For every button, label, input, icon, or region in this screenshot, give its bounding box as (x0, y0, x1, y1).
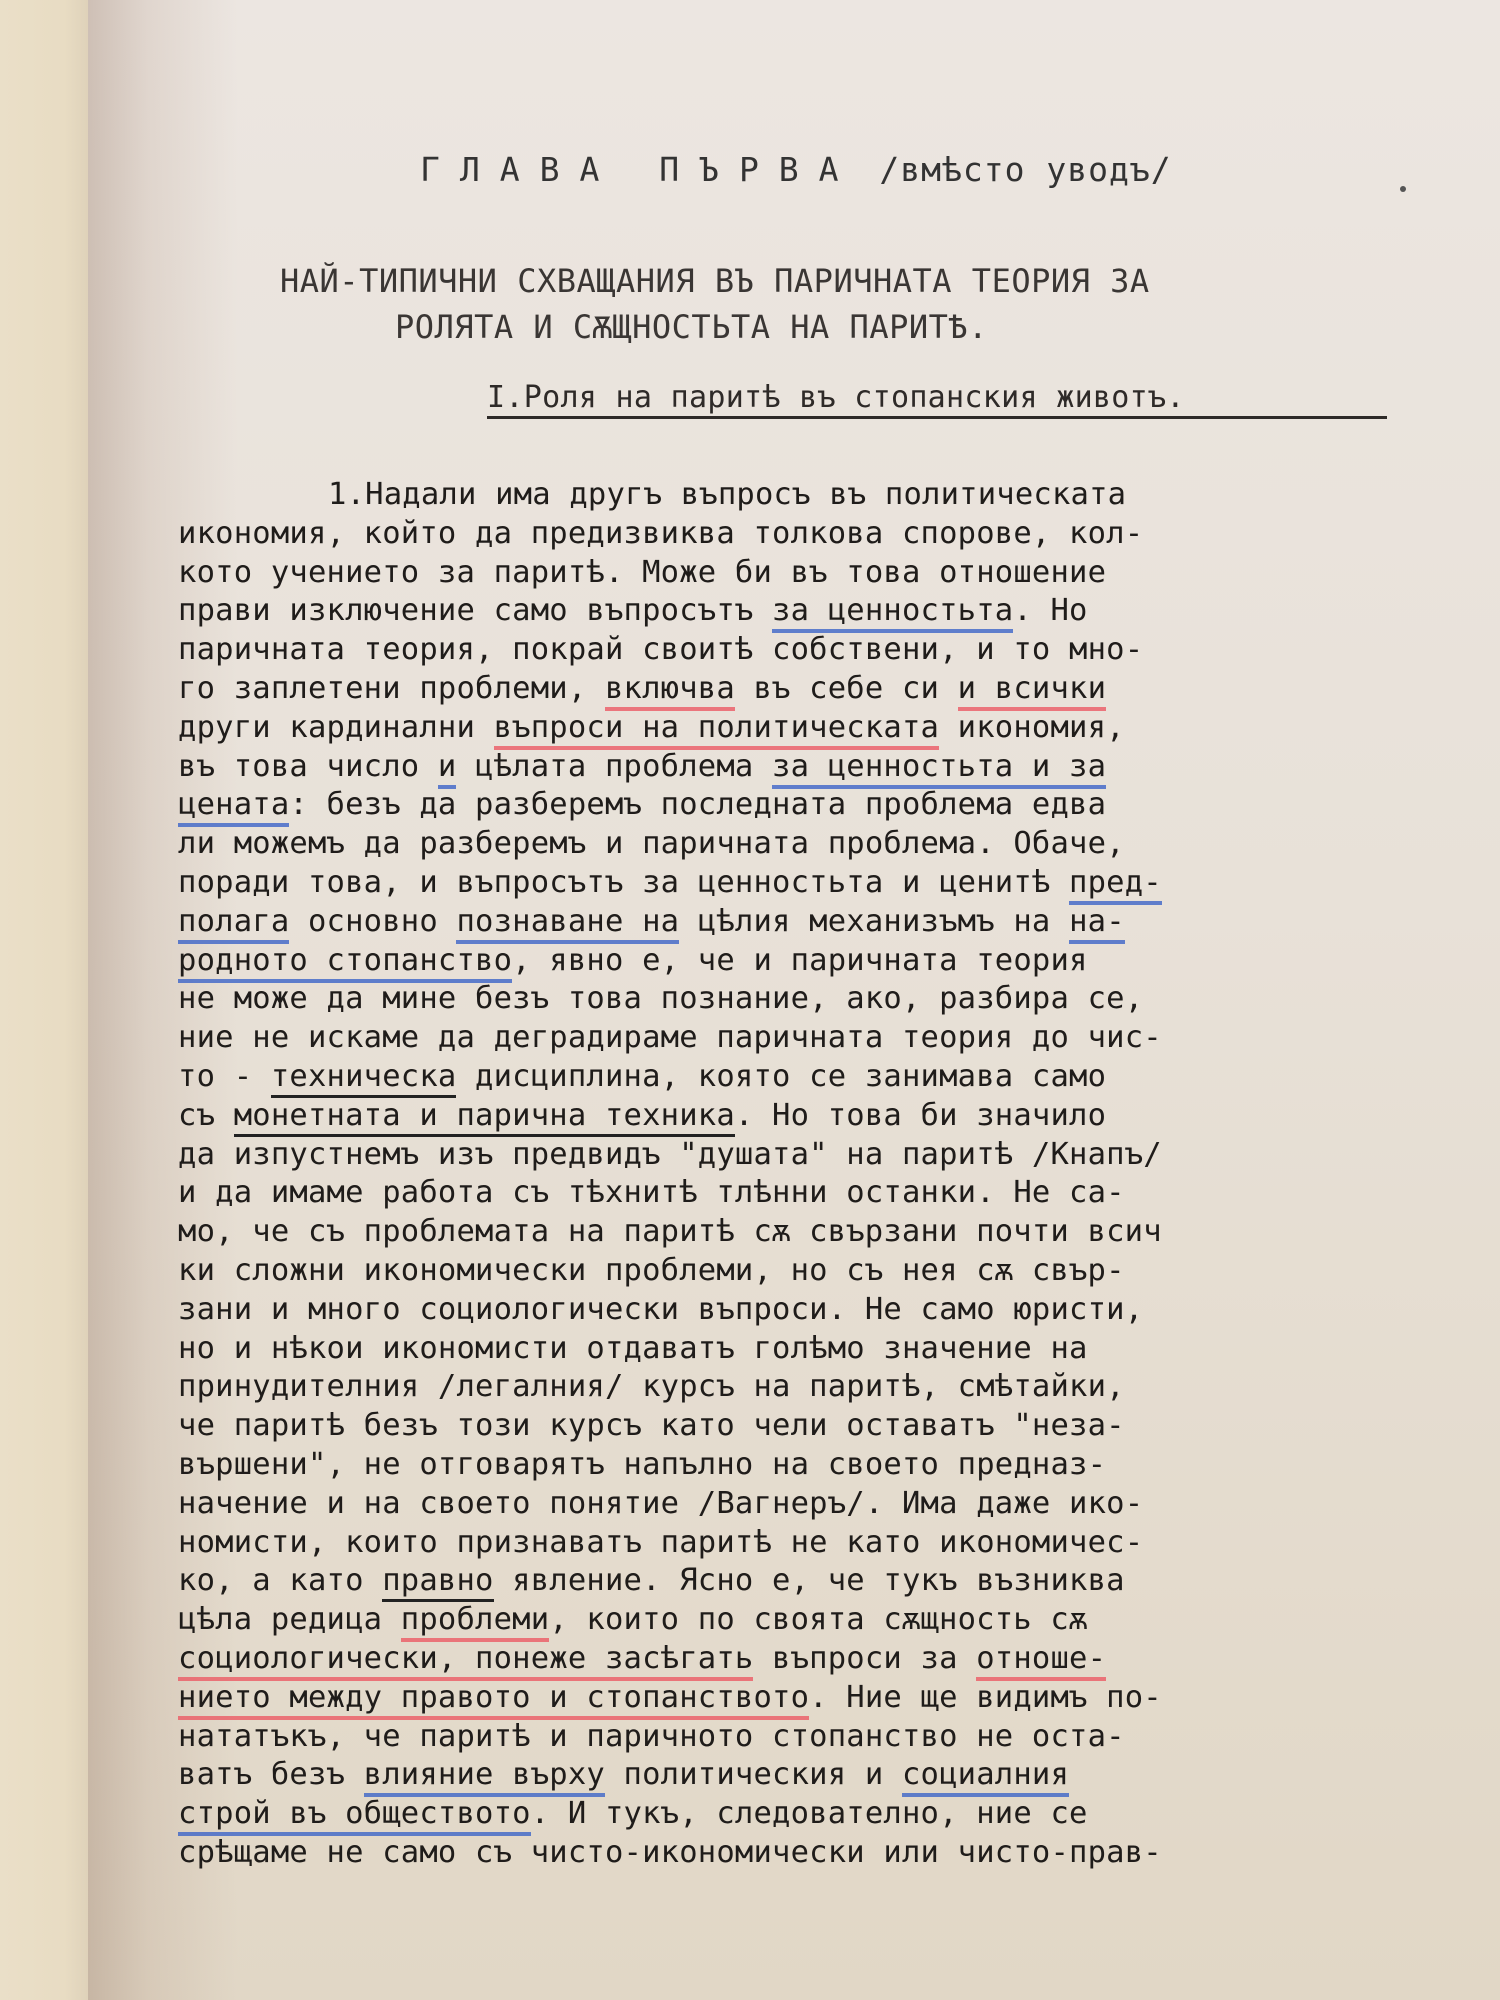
underlined-phrase-black: правно (382, 1563, 493, 1602)
body-line: и да имаме работа съ тѣхнитѣ тлѣнни оста… (178, 1174, 1468, 1213)
underlined-phrase-blue: познаване на (456, 904, 679, 944)
underlined-phrase-blue: за ценностьта (772, 593, 1013, 633)
text-run: зани и много социологически въпроси. Не … (178, 1292, 1143, 1327)
body-line: номисти, които признаватъ паритѣ не като… (178, 1524, 1468, 1563)
text-run: номисти, които признаватъ паритѣ не като… (178, 1525, 1143, 1560)
text-run: основно (289, 904, 456, 939)
text-run: го заплетени проблеми, (178, 671, 605, 706)
text-run: . Но това би значило (735, 1098, 1106, 1133)
text-run: ние не искаме да деградираме паричната т… (178, 1020, 1162, 1055)
body-text: 1.Надали има другъ въпросъ въ политическ… (178, 476, 1468, 1873)
text-run: икономия, (939, 710, 1125, 745)
underlined-phrase-blue: социалния (902, 1757, 1069, 1797)
body-line: полага основно познаване на цѣлия механи… (178, 903, 1468, 942)
underlined-phrase-blue: влияние върху (364, 1757, 605, 1797)
text-run: срѣщаме не само съ чисто-икономически ил… (178, 1835, 1162, 1870)
body-line: икономия, който да предизвиква толкова с… (178, 515, 1468, 554)
underlined-phrase-blue: цената (178, 787, 289, 827)
text-run: цѣлия механизъмъ на (679, 904, 1069, 939)
body-line: ки сложни икономически проблеми, но съ н… (178, 1252, 1468, 1291)
text-run: кото учението за паритѣ. Може би въ това… (178, 555, 1106, 590)
body-line: че паритѣ безъ този курсъ като чели оста… (178, 1407, 1468, 1446)
body-line: го заплетени проблеми, включва въ себе с… (178, 670, 1468, 709)
text-run: то - (178, 1059, 271, 1094)
body-line: мо, че съ проблемата на паритѣ сѫ свърза… (178, 1213, 1468, 1252)
text-run: ватъ безъ (178, 1757, 364, 1792)
text-run: . И тукъ, следователно, ние се (531, 1796, 1088, 1831)
underlined-phrase-blue: родното стопанство (178, 943, 512, 983)
body-line: социологически, понеже засѣгать въпроси … (178, 1640, 1468, 1679)
underlined-phrase-red: включва (605, 671, 735, 711)
body-line: срѣщаме не само съ чисто-икономически ил… (178, 1834, 1468, 1873)
underlined-phrase-black: монетната и парична техника (234, 1098, 735, 1137)
text-run: политическия и (605, 1757, 902, 1792)
text-run: поради това, и въпросътъ за ценностьта и… (178, 865, 1069, 900)
text-run: , явно е, че и паричната теория (512, 943, 1087, 978)
body-line: родното стопанство, явно е, че и парична… (178, 942, 1468, 981)
text-run: . Но (1013, 593, 1087, 628)
body-line: ко, а като правно явление. Ясно е, че ту… (178, 1562, 1468, 1601)
body-line: 1.Надали има другъ въпросъ въ политическ… (178, 476, 1468, 515)
underlined-phrase-red: въпроси на политическата (494, 710, 940, 750)
chapter-title-main: ГЛАВА ПЪРВА (420, 150, 859, 189)
text-run: явление. Ясно е, че тукъ възниква (494, 1563, 1125, 1598)
chapter-title-note: /вмѣсто уводъ/ (879, 150, 1171, 189)
body-line: ли можемъ да разберемъ и паричната пробл… (178, 825, 1468, 864)
underlined-phrase-blue: за ценностьта и за (772, 749, 1106, 789)
text-run: дисциплина, която се занимава само (456, 1059, 1106, 1094)
body-line: вършени", не отговарятъ напълно на своет… (178, 1446, 1468, 1485)
body-line: цената: безъ да разберемъ последната про… (178, 786, 1468, 825)
body-line: прави изключение само въпросътъ за ценно… (178, 592, 1468, 631)
body-line: нататъкъ, че паритѣ и паричното стопанст… (178, 1718, 1468, 1757)
body-line: начение и на своето понятие /Вагнеръ/. И… (178, 1485, 1468, 1524)
text-run: прави изключение само въпросътъ (178, 593, 772, 628)
body-line: ние не искаме да деградираме паричната т… (178, 1019, 1468, 1058)
section-heading: I.Роля на паритѣ въ стопанския животъ. (487, 380, 1185, 415)
underlined-phrase-blue: пред- (1069, 865, 1162, 905)
text-run: , които по своята сѫщность сѫ (549, 1602, 1087, 1637)
text-run: но и нѣкои икономисти отдаватъ голѣмо зн… (178, 1331, 1088, 1366)
text-run: да изпустнемъ изъ предвидъ "душата" на п… (178, 1137, 1162, 1172)
chapter-title: ГЛАВА ПЪРВА /вмѣсто уводъ/ (420, 150, 1172, 189)
text-run: . Ние ще видимъ по- (809, 1680, 1162, 1715)
text-run: други кардинални (178, 710, 494, 745)
text-run: икономия, който да предизвиква толкова с… (178, 516, 1143, 551)
underlined-phrase-black: техническа (271, 1059, 457, 1098)
body-line: не може да мине безъ това познание, ако,… (178, 980, 1468, 1019)
paper-speck (1400, 186, 1406, 192)
text-run: ко, а като (178, 1563, 382, 1598)
underlined-phrase-blue: полага (178, 904, 289, 944)
text-run: вършени", не отговарятъ напълно на своет… (178, 1447, 1106, 1482)
text-run: ли можемъ да разберемъ и паричната пробл… (178, 826, 1125, 861)
body-line: нието между правото и стопанството. Ние … (178, 1679, 1468, 1718)
underlined-phrase-red: нието между правото и стопанството (178, 1680, 809, 1720)
body-line: поради това, и въпросътъ за ценностьта и… (178, 864, 1468, 903)
underlined-phrase-red: социологически, понеже засѣгать (178, 1641, 753, 1681)
body-line: строй въ обществото. И тукъ, следователн… (178, 1795, 1468, 1834)
underlined-phrase-blue: на- (1069, 904, 1125, 944)
text-run: 1.Надали има другъ въпросъ въ политическ… (328, 477, 1126, 512)
section-heading-underline (487, 416, 1387, 419)
text-run: мо, че съ проблемата на паритѣ сѫ свърза… (178, 1214, 1162, 1249)
text-run: : безъ да разберемъ последната проблема … (289, 787, 1106, 822)
underlined-phrase-red: отноше- (976, 1641, 1106, 1681)
text-run: и да имаме работа съ тѣхнитѣ тлѣнни оста… (178, 1175, 1125, 1210)
text-run: ки сложни икономически проблеми, но съ н… (178, 1253, 1125, 1288)
body-line: зани и много социологически въпроси. Не … (178, 1291, 1468, 1330)
body-line: паричната теория, покрай своитѣ собствен… (178, 631, 1468, 670)
text-run: принудителния /легалния/ курсъ на паритѣ… (178, 1369, 1125, 1404)
body-line: други кардинални въпроси на политическат… (178, 709, 1468, 748)
body-line: ватъ безъ влияние върху политическия и с… (178, 1756, 1468, 1795)
body-line: цѣла редица проблеми, които по своята сѫ… (178, 1601, 1468, 1640)
body-line: съ монетната и парична техника. Но това … (178, 1097, 1468, 1136)
body-line: но и нѣкои икономисти отдаватъ голѣмо зн… (178, 1330, 1468, 1369)
underlined-phrase-blue: и (438, 749, 457, 789)
text-run: въ това число (178, 749, 438, 784)
body-line: принудителния /легалния/ курсъ на паритѣ… (178, 1368, 1468, 1407)
text-run: че паритѣ безъ този курсъ като чели оста… (178, 1408, 1125, 1443)
underlined-phrase-red: проблеми (401, 1602, 550, 1642)
body-line: то - техническа дисциплина, която се зан… (178, 1058, 1468, 1097)
text-run: цѣла редица (178, 1602, 401, 1637)
text-run: цѣлата проблема (456, 749, 772, 784)
text-run: нататъкъ, че паритѣ и паричното стопанст… (178, 1719, 1125, 1754)
adjacent-page-edge (0, 0, 92, 2000)
underlined-phrase-blue: строй въ обществото (178, 1796, 531, 1836)
underlined-phrase-red: и всички (958, 671, 1107, 711)
body-line: въ това число и цѣлата проблема за ценно… (178, 748, 1468, 787)
subtitle-line-2: РОЛЯТА И СѪЩНОСТЬТА НА ПАРИТѢ. (395, 308, 988, 348)
text-run: въ себе си (735, 671, 958, 706)
body-line: кото учението за паритѣ. Може би въ това… (178, 554, 1468, 593)
text-run: въпроси за (753, 1641, 976, 1676)
text-run: начение и на своето понятие /Вагнеръ/. И… (178, 1486, 1143, 1521)
body-line: да изпустнемъ изъ предвидъ "душата" на п… (178, 1136, 1468, 1175)
text-run: не може да мине безъ това познание, ако,… (178, 981, 1143, 1016)
subtitle-line-1: НАЙ-ТИПИЧНИ СХВАЩАНИЯ ВЪ ПАРИЧНАТА ТЕОРИ… (280, 262, 1150, 300)
text-run: паричната теория, покрай своитѣ собствен… (178, 632, 1143, 667)
text-run: съ (178, 1098, 234, 1133)
